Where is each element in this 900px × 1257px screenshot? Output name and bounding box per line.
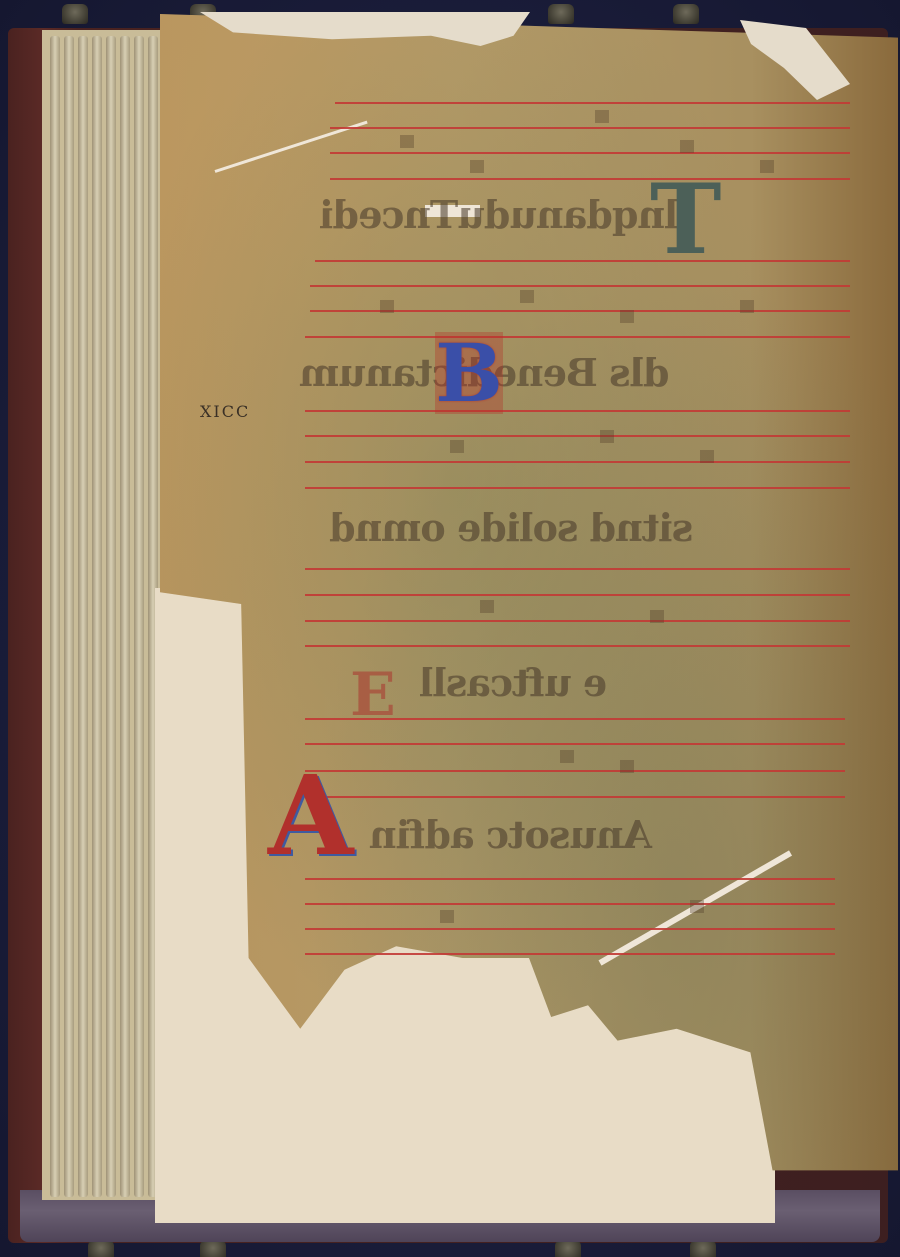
- staff-line: [305, 487, 850, 489]
- neume: [650, 610, 664, 623]
- neume: [380, 300, 394, 313]
- neume: [470, 160, 484, 173]
- staff-line: [335, 102, 850, 104]
- neume: [620, 760, 634, 773]
- neume: [595, 110, 609, 123]
- clasp-knob: [88, 1240, 114, 1257]
- page-leaf: [106, 36, 116, 1197]
- text-line: sitnd solide omnd: [330, 505, 693, 550]
- staff-line: [305, 878, 835, 880]
- initial-b: B: [435, 332, 503, 414]
- initial-b-letter: B: [435, 332, 503, 414]
- neume: [400, 135, 414, 148]
- staff-line: [305, 645, 850, 647]
- staff-line: [330, 178, 850, 180]
- staff-line: [305, 928, 835, 930]
- neume: [700, 450, 714, 463]
- initial-t: T: [650, 172, 721, 268]
- neume: [450, 440, 464, 453]
- initial-a-letter: A: [268, 760, 363, 872]
- staff-line: [330, 152, 850, 154]
- clasp-knob: [690, 1240, 716, 1257]
- staff-line: [305, 594, 850, 596]
- neume: [440, 910, 454, 923]
- neume: [690, 900, 704, 913]
- staff-line: [305, 461, 850, 463]
- staff-line: [305, 410, 850, 412]
- staff-line: [305, 953, 835, 955]
- staff-line: [305, 568, 850, 570]
- page-leaf: [64, 36, 74, 1197]
- clasp-knob: [62, 4, 88, 24]
- page-leaf: [120, 36, 130, 1197]
- neume: [680, 140, 694, 153]
- page-leaf: [92, 36, 102, 1197]
- neume: [520, 290, 534, 303]
- folio-number: XICC: [200, 402, 250, 421]
- page-leaf: [50, 36, 60, 1197]
- staff-line: [305, 743, 845, 745]
- staff-line: [310, 285, 850, 287]
- staff-line: [305, 620, 850, 622]
- text-line: Anusotc adfin: [370, 812, 652, 857]
- staff-line: [305, 336, 850, 338]
- neume: [600, 430, 614, 443]
- staff-line: [305, 796, 845, 798]
- initial-e: E: [350, 660, 396, 730]
- text-line: lnqdanuduTncedi: [320, 192, 679, 237]
- neume: [760, 160, 774, 173]
- neume: [480, 600, 494, 613]
- text-line: e uftcasll: [420, 660, 607, 705]
- clasp-knob: [548, 4, 574, 24]
- staff-line: [315, 260, 850, 262]
- clasp-knob: [200, 1240, 226, 1257]
- staff-line: [305, 435, 850, 437]
- staff-line: [330, 127, 850, 129]
- clasp-knob: [673, 4, 699, 24]
- staff-line: [305, 903, 835, 905]
- neume: [560, 750, 574, 763]
- neume: [740, 300, 754, 313]
- page-leaf: [134, 36, 144, 1197]
- clasp-knob: [555, 1240, 581, 1257]
- staff-line: [305, 770, 845, 772]
- neume: [620, 310, 634, 323]
- page-leaf: [78, 36, 88, 1197]
- initial-a: A: [268, 760, 363, 872]
